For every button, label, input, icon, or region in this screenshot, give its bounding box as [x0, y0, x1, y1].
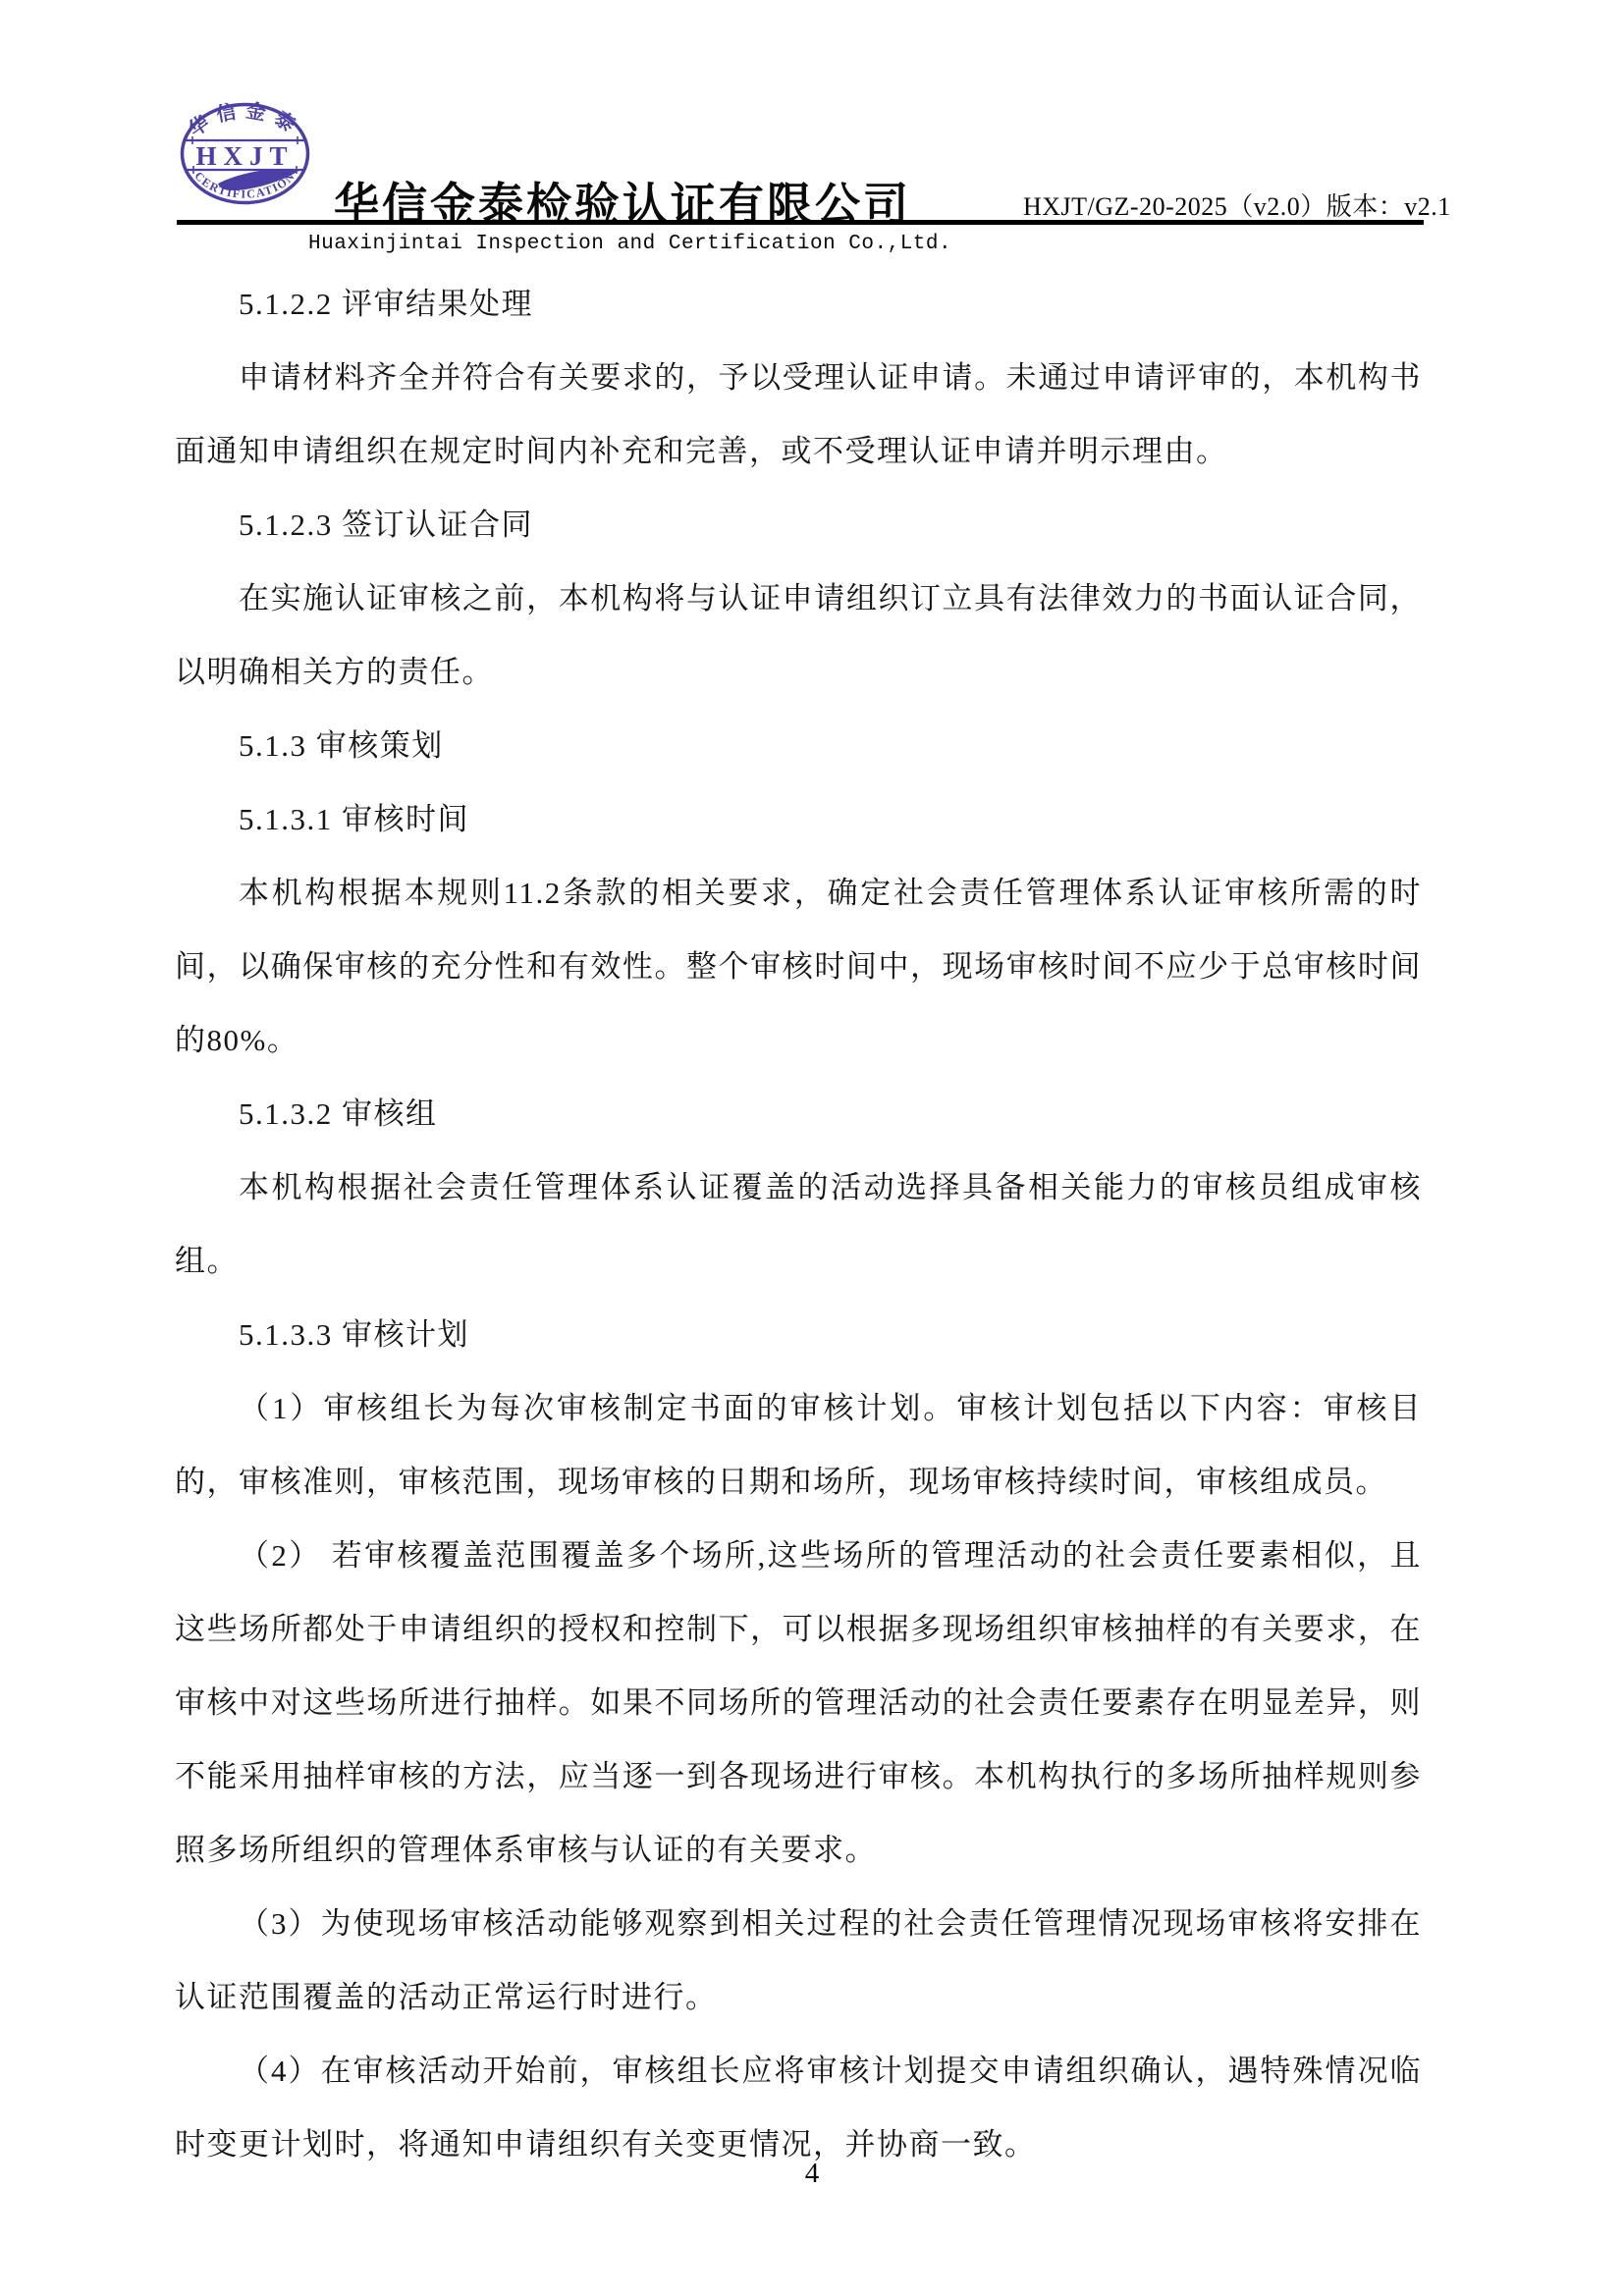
page-number: 4	[805, 2158, 820, 2189]
seal-top-arc-text: 华信金泰	[184, 101, 305, 141]
section-heading: 5.1.3.2 审核组	[175, 1077, 1422, 1150]
hxjt-seal-logo: 华信金泰 HXJT CERTIFICATION	[179, 101, 311, 206]
svg-text:华信金泰: 华信金泰	[184, 101, 305, 141]
paragraph: 申请材料齐全并符合有关要求的，予以受理认证申请。未通过申请评审的，本机构书面通知…	[175, 341, 1422, 488]
paragraph: 在实施认证审核之前，本机构将与认证申请组织订立具有法律效力的书面认证合同，以明确…	[175, 561, 1422, 709]
document-page: 华信金泰 HXJT CERTIFICATION 华信金泰检验认证有限公司 HXJ…	[0, 0, 1624, 2296]
page-footer: 4	[0, 2158, 1624, 2190]
paragraph: （3）为使现场审核活动能够观察到相关过程的社会责任管理情况现场审核将安排在认证范…	[175, 1887, 1422, 2034]
section-heading: 5.1.2.3 签订认证合同	[175, 488, 1422, 561]
paragraph: 本机构根据本规则11.2条款的相关要求，确定社会责任管理体系认证审核所需的时间，…	[175, 856, 1422, 1077]
seal-acronym-text: HXJT	[195, 141, 294, 171]
doc-number: HXJT/GZ-20-2025（v2.0）版本：v2.1	[1023, 187, 1451, 223]
paragraph: 本机构根据社会责任管理体系认证覆盖的活动选择具备相关能力的审核员组成审核组。	[175, 1150, 1422, 1298]
document-body: 5.1.2.2 评审结果处理申请材料齐全并符合有关要求的，予以受理认证申请。未通…	[175, 267, 1422, 2181]
paragraph: （2） 若审核覆盖范围覆盖多个场所,这些场所的管理活动的社会责任要素相似，且这些…	[175, 1519, 1422, 1887]
section-heading: 5.1.2.2 评审结果处理	[175, 267, 1422, 341]
section-heading: 5.1.3 审核策划	[175, 709, 1422, 782]
company-name-en: Huaxinjintai Inspection and Certificatio…	[308, 233, 951, 255]
section-heading: 5.1.3.1 审核时间	[175, 782, 1422, 856]
header-divider	[177, 220, 1424, 225]
section-heading: 5.1.3.3 审核计划	[175, 1298, 1422, 1371]
paragraph: （1）审核组长为每次审核制定书面的审核计划。审核计划包括以下内容：审核目的，审核…	[175, 1371, 1422, 1519]
